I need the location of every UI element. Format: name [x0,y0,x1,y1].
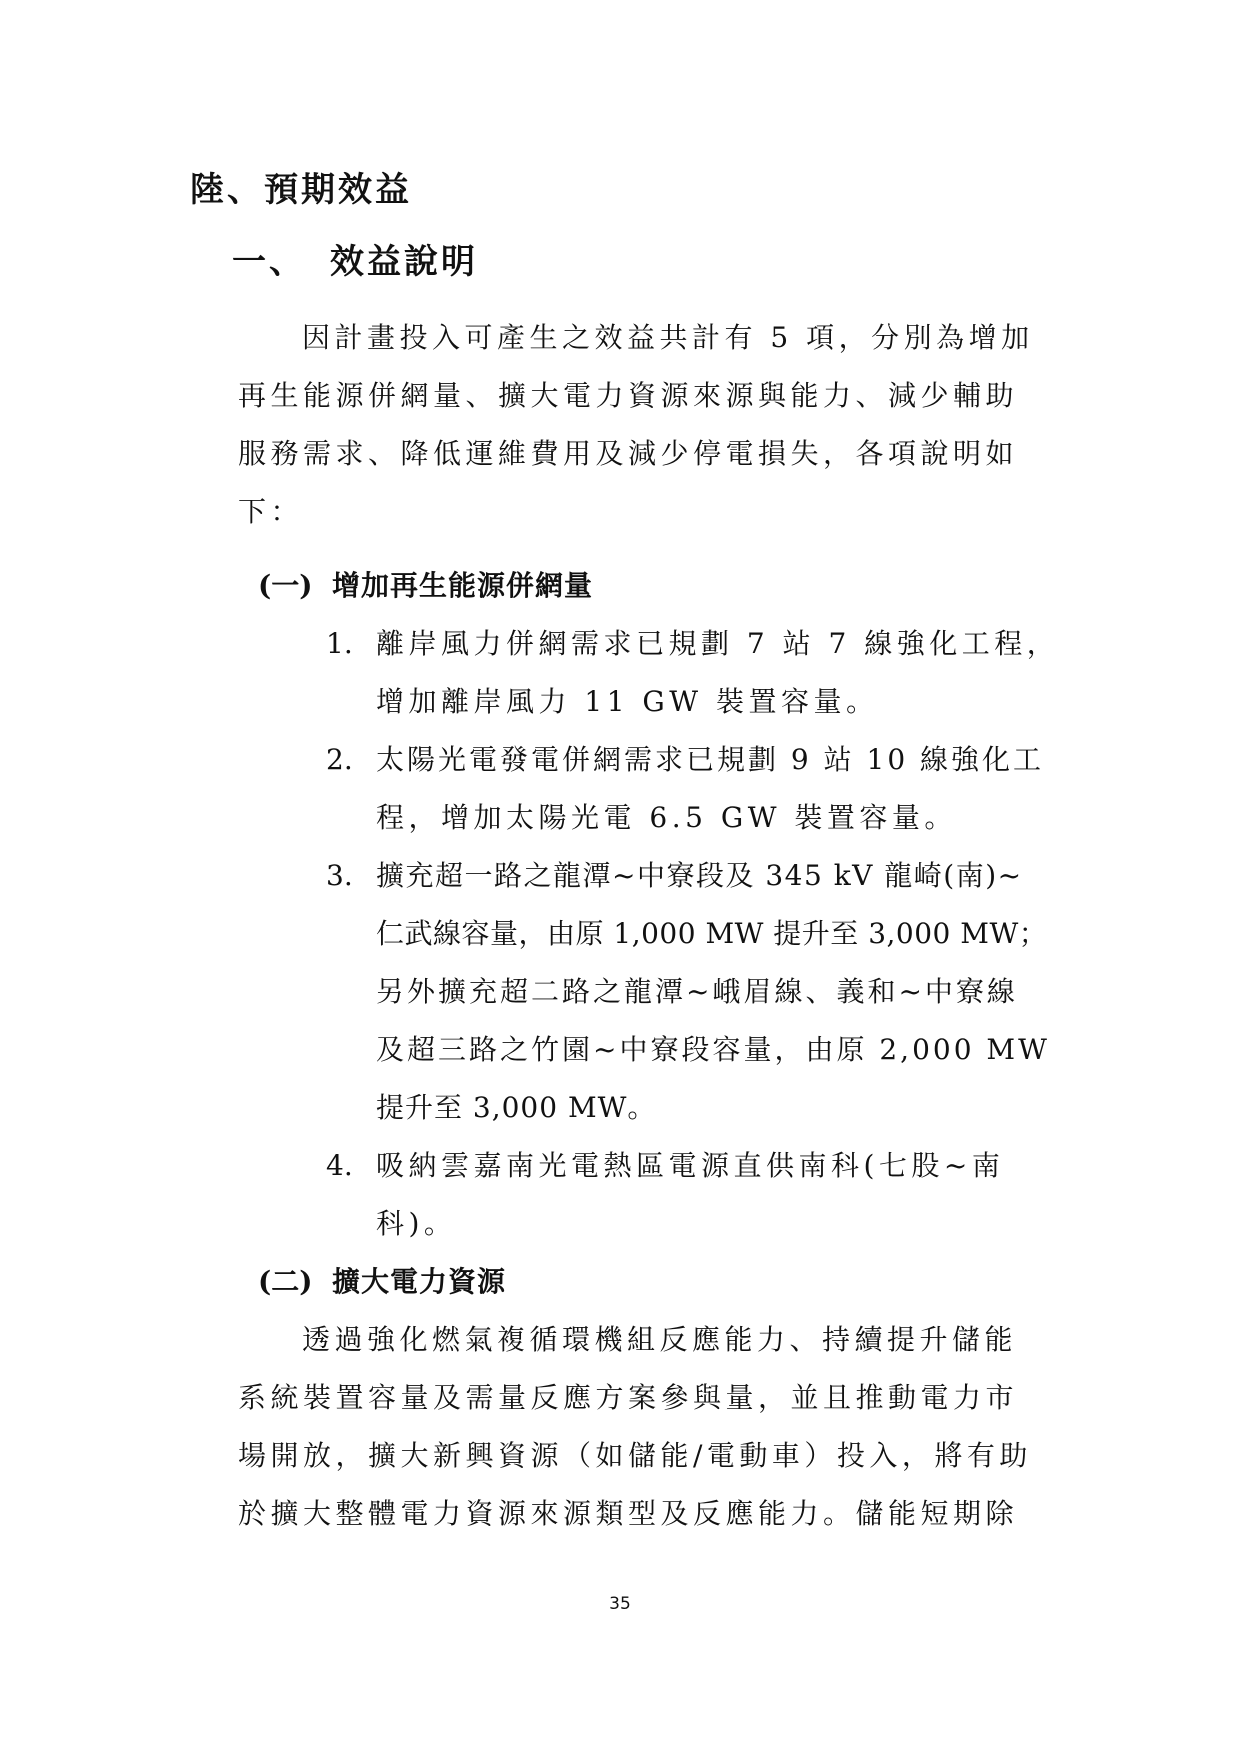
list-item-line: 及超三路之竹園~中寮段容量，由原 2,000 MW [376,1030,1050,1070]
paragraph-line: 因計畫投入可產生之效益共計有 5 項，分別為增加 [302,318,1034,358]
list-item-line: 離岸風力併網需求已規劃 7 站 7 線強化工程， [376,624,1059,664]
paragraph-line: 場開放，擴大新興資源（如儲能/電動車）投入，將有助 [238,1436,1032,1476]
list-item-line: 仁武線容量，由原 1,000 MW 提升至 3,000 MW； [376,914,1047,954]
list-item-line: 擴充超一路之龍潭~中寮段及 345 kV 龍崎(南)~ [376,856,1023,896]
list-item-number: 4. [326,1146,353,1186]
subsection-title: 擴大電力資源 [332,1265,506,1298]
list-item-line: 程，增加太陽光電 6.5 GW 裝置容量。 [376,798,957,838]
list-item-line: 另外擴充超二路之龍潭~峨眉線、義和~中寮線 [376,972,1018,1012]
paragraph-line: 服務需求、降低運維費用及減少停電損失，各項說明如 [238,434,1018,474]
list-item-number: 1. [326,624,353,664]
subsection-heading: (二)擴大電力資源 [258,1262,506,1302]
subsection-number: (一) [258,566,332,606]
paragraph-line: 系統裝置容量及需量反應方案參與量，並且推動電力市 [238,1378,1018,1418]
list-item-line: 增加離岸風力 11 GW 裝置容量。 [376,682,878,722]
subsection-heading: (一)增加再生能源併網量 [258,566,593,606]
list-item-line: 提升至 3,000 MW。 [376,1088,656,1128]
chapter-heading: 陸、預期效益 [190,168,412,212]
list-item-line: 科)。 [376,1204,456,1244]
section-title: 效益說明 [330,242,478,282]
section-heading: 一、效益說明 [232,240,478,284]
paragraph-line: 透過強化燃氣複循環機組反應能力、持續提升儲能 [302,1320,1017,1360]
section-number: 一、 [232,240,330,284]
list-item-line: 太陽光電發電併網需求已規劃 9 站 10 線強化工 [376,740,1044,780]
list-item-number: 3. [326,856,353,896]
subsection-number: (二) [258,1262,332,1302]
list-item-number: 2. [326,740,353,780]
list-item-line: 吸納雲嘉南光電熱區電源直供南科(七股~南 [376,1146,1004,1186]
paragraph-line: 下： [238,492,303,532]
subsection-title: 增加再生能源併網量 [332,569,593,602]
paragraph-line: 再生能源併網量、擴大電力資源來源與能力、減少輔助 [238,376,1018,416]
paragraph-line: 於擴大整體電力資源來源類型及反應能力。儲能短期除 [238,1494,1018,1534]
page-number: 35 [0,1594,1240,1614]
